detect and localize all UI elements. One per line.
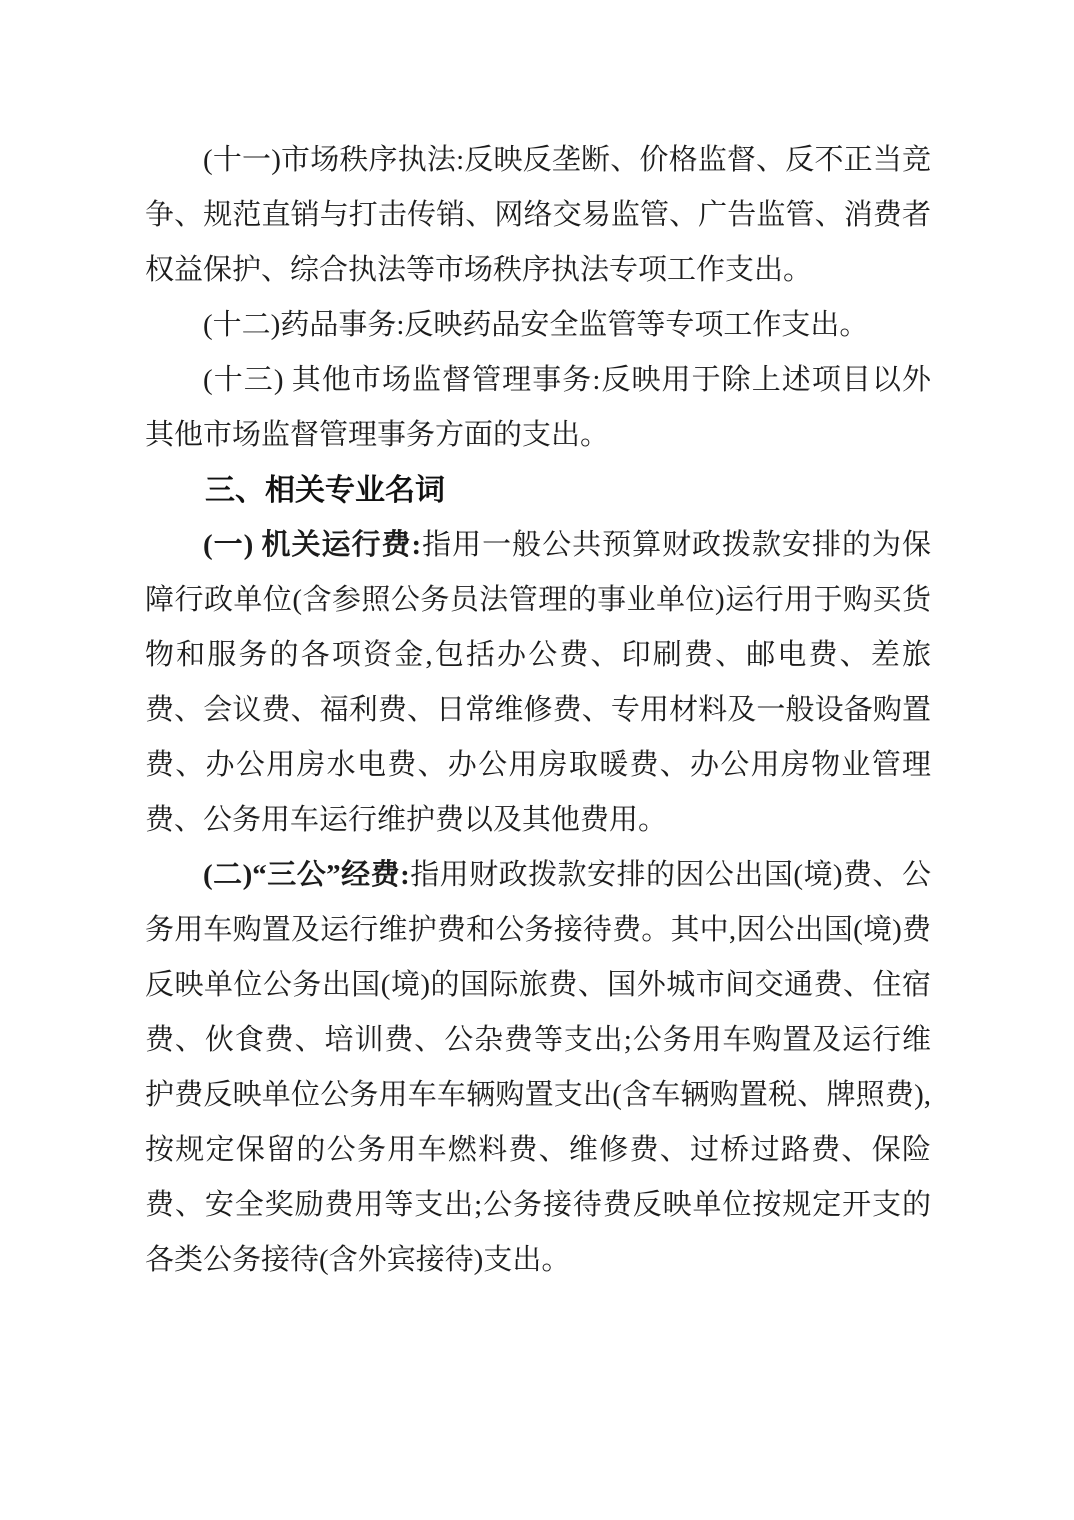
document-paragraph: (二)“三公”经费:指用财政拨款安排的因公出国(境)费、公务用车购置及运行维护费…: [145, 848, 931, 1288]
body-text-run: (十三) 其他市场监督管理事务:反映用于除上述项目以外其他市场监督管理事务方面的…: [145, 364, 931, 451]
body-text-run: 指用一般公共预算财政拨款安排的为保障行政单位(含参照公务员法管理的事业单位)运行…: [145, 529, 931, 836]
document-paragraph: (十二)药品事务:反映药品安全监管等专项工作支出。: [145, 298, 931, 353]
term-label-text-run: (二)“三公”经费:: [203, 859, 410, 891]
term-label-text-run: 三、相关专业名词: [205, 474, 445, 507]
section-heading: 三、相关专业名词: [145, 463, 931, 518]
document-page: (十一)市场秩序执法:反映反垄断、价格监督、反不正当竞争、规范直销与打击传销、网…: [0, 0, 1074, 1520]
body-text-run: (十一)市场秩序执法:反映反垄断、价格监督、反不正当竞争、规范直销与打击传销、网…: [145, 144, 931, 286]
document-paragraph: (一) 机关运行费:指用一般公共预算财政拨款安排的为保障行政单位(含参照公务员法…: [145, 518, 931, 848]
document-paragraph: (十三) 其他市场监督管理事务:反映用于除上述项目以外其他市场监督管理事务方面的…: [145, 353, 931, 463]
term-label-text-run: (一) 机关运行费:: [203, 529, 421, 561]
body-text-run: 指用财政拨款安排的因公出国(境)费、公务用车购置及运行维护费和公务接待费。其中,…: [145, 859, 931, 1276]
document-paragraph: (十一)市场秩序执法:反映反垄断、价格监督、反不正当竞争、规范直销与打击传销、网…: [145, 133, 931, 298]
body-text-run: (十二)药品事务:反映药品安全监管等专项工作支出。: [203, 309, 868, 341]
document-body: (十一)市场秩序执法:反映反垄断、价格监督、反不正当竞争、规范直销与打击传销、网…: [145, 133, 931, 1288]
